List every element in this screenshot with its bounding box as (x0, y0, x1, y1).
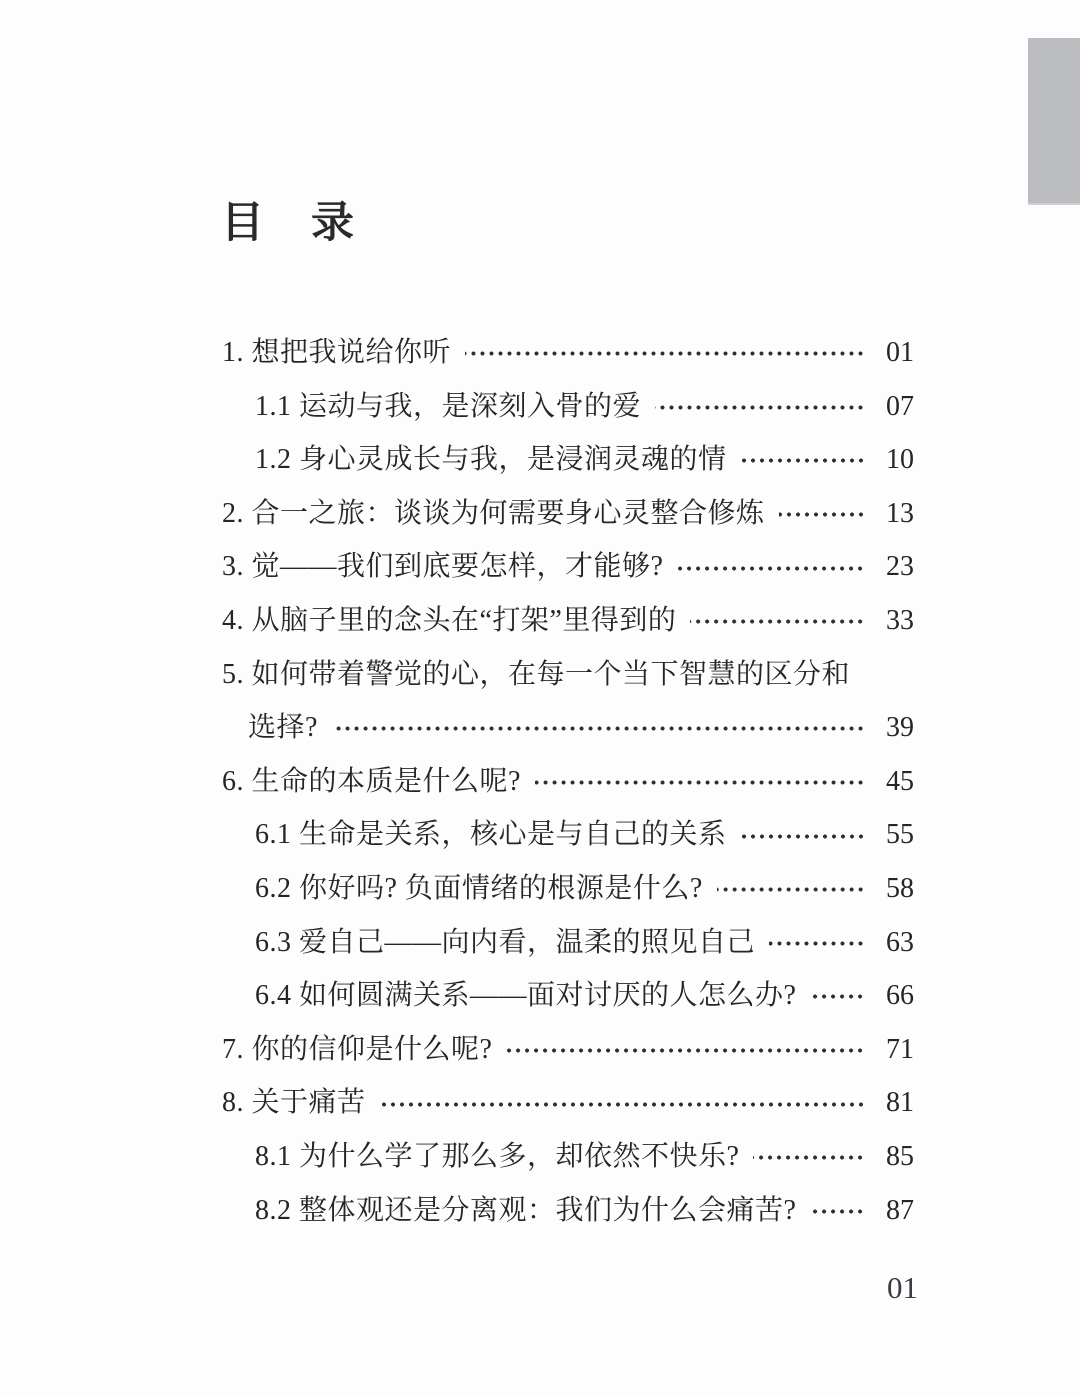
toc-leader-dots (810, 993, 866, 1000)
toc-entry-label: 选择? (248, 701, 318, 755)
toc-leader-dots (655, 404, 866, 411)
toc-leader-dots (465, 350, 866, 357)
toc-entry-page: 85 (882, 1130, 914, 1184)
toc-entry: 6.1 生命是关系，核心是与自己的关系55 (222, 808, 914, 862)
toc-entry-page: 63 (882, 916, 914, 970)
toc-leader-dots (332, 725, 866, 732)
toc-entry: 4. 从脑子里的念头在“打架”里得到的33 (222, 594, 914, 648)
toc-entry-page: 55 (882, 808, 914, 862)
toc-entry: 6.4 如何圆满关系——面对讨厌的人怎么办?66 (222, 969, 914, 1023)
toc-entry: 选择?39 (222, 701, 914, 755)
page-number: 01 (848, 1268, 918, 1308)
toc-entry: 8.1 为什么学了那么多，却依然不快乐?85 (222, 1130, 914, 1184)
toc-entry: 6.3 爱自己——向内看，温柔的照见自己63 (222, 916, 914, 970)
toc-entry: 3. 觉——我们到底要怎样，才能够?23 (222, 540, 914, 594)
toc-entry-page: 01 (882, 326, 914, 380)
toc-entry-page: 13 (882, 487, 914, 541)
toc-list: 1. 想把我说给你听011.1 运动与我，是深刻入骨的爱071.2 身心灵成长与… (222, 326, 914, 1237)
toc-entry-label: 4. 从脑子里的念头在“打架”里得到的 (222, 594, 676, 648)
toc-entry-label: 6.4 如何圆满关系——面对讨厌的人怎么办? (255, 969, 796, 1023)
toc-entry-label: 6. 生命的本质是什么呢? (222, 755, 521, 809)
toc-entry-label: 6.1 生命是关系，核心是与自己的关系 (255, 808, 727, 862)
toc-entry-label: 8. 关于痛苦 (222, 1076, 366, 1130)
toc-entry-page: 87 (882, 1184, 914, 1238)
toc-entry: 8.2 整体观还是分离观：我们为什么会痛苦?87 (222, 1184, 914, 1238)
toc-leader-dots (769, 940, 866, 947)
toc-entry: 2. 合一之旅：谈谈为何需要身心灵整合修炼13 (222, 487, 914, 541)
toc-entry: 6.2 你好吗? 负面情绪的根源是什么?58 (222, 862, 914, 916)
toc-leader-dots (690, 618, 866, 625)
toc-entry-page: 33 (882, 594, 914, 648)
toc-entry-label: 1.1 运动与我，是深刻入骨的爱 (255, 380, 641, 434)
toc-entry-label: 2. 合一之旅：谈谈为何需要身心灵整合修炼 (222, 487, 765, 541)
toc-leader-dots (677, 565, 866, 572)
toc-entry-label: 8.1 为什么学了那么多，却依然不快乐? (255, 1130, 739, 1184)
toc-leader-dots (535, 779, 866, 786)
toc-entry: 8. 关于痛苦81 (222, 1076, 914, 1130)
book-toc-page: 目 录 1. 想把我说给你听011.1 运动与我，是深刻入骨的爱071.2 身心… (0, 0, 1080, 1398)
toc-entry-label: 6.3 爱自己——向内看，温柔的照见自己 (255, 916, 755, 970)
toc-leader-dots (717, 886, 866, 893)
toc-entry-page: 81 (882, 1076, 914, 1130)
toc-entry: 1. 想把我说给你听01 (222, 326, 914, 380)
toc-entry-page: 45 (882, 755, 914, 809)
toc-leader-dots (741, 457, 866, 464)
corner-tab-decoration (1028, 38, 1080, 205)
toc-leader-dots (779, 511, 866, 518)
toc-entry: 1.1 运动与我，是深刻入骨的爱07 (222, 380, 914, 434)
toc-entry-label: 3. 觉——我们到底要怎样，才能够? (222, 540, 663, 594)
toc-entry-label: 8.2 整体观还是分离观：我们为什么会痛苦? (255, 1184, 796, 1238)
toc-entry: 7. 你的信仰是什么呢?71 (222, 1023, 914, 1077)
toc-entry-page: 71 (882, 1023, 914, 1077)
toc-entry-label: 7. 你的信仰是什么呢? (222, 1023, 492, 1077)
toc-entry-page: 66 (882, 969, 914, 1023)
toc-leader-dots (753, 1154, 866, 1161)
toc-leader-dots (506, 1047, 866, 1054)
toc-entry-page: 58 (882, 862, 914, 916)
toc-leader-dots (741, 833, 866, 840)
toc-entry-page: 39 (882, 701, 914, 755)
page-title: 目 录 (221, 198, 356, 250)
toc-entry-label: 5. 如何带着警觉的心，在每一个当下智慧的区分和 (222, 648, 850, 702)
toc-entry-label: 1.2 身心灵成长与我，是浸润灵魂的情 (255, 433, 727, 487)
toc-entry-label: 6.2 你好吗? 负面情绪的根源是什么? (255, 862, 703, 916)
toc-entry: 5. 如何带着警觉的心，在每一个当下智慧的区分和 (222, 648, 914, 702)
toc-leader-dots (380, 1101, 866, 1108)
toc-entry: 6. 生命的本质是什么呢?45 (222, 755, 914, 809)
toc-entry: 1.2 身心灵成长与我，是浸润灵魂的情10 (222, 433, 914, 487)
toc-entry-page: 23 (882, 540, 914, 594)
toc-entry-page: 10 (882, 433, 914, 487)
toc-leader-dots (810, 1208, 866, 1215)
toc-entry-label: 1. 想把我说给你听 (222, 326, 451, 380)
toc-entry-page: 07 (882, 380, 914, 434)
